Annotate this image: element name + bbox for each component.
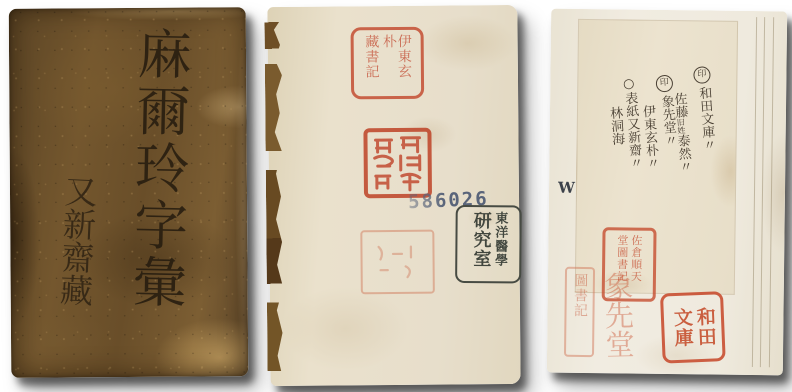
seal-right-column: 伊東玄朴: [381, 34, 411, 92]
stamp-right-column: 東洋醫學: [492, 211, 506, 267]
seal-left-column: 藏書記: [364, 34, 379, 79]
seal-right-column: 和田: [694, 306, 716, 347]
cover-title-calligraphy: 麻爾玲字彙: [113, 25, 189, 311]
circled-in-mark: 印: [693, 66, 711, 84]
circle-mark: ○: [621, 76, 637, 92]
book-cover-photo: 麻爾玲字彙 又新齋藏: [9, 7, 249, 378]
torn-spine-edge: [264, 7, 284, 386]
collector-seal-top: 伊東玄朴 藏書記: [351, 27, 425, 100]
title-page-photo: 伊東玄朴 藏書記 586026 東洋醫學 研究室: [267, 5, 520, 386]
wada-bunko-seal: 和田 文庫: [660, 291, 726, 363]
seal-left-column: 文庫: [671, 307, 693, 348]
faded-seal-outline: [360, 230, 435, 295]
page-edge-line: [752, 17, 757, 367]
seal-script-pattern: [367, 132, 428, 195]
stamp-left-column: 研究室: [470, 211, 489, 268]
owner-inscription: 又新齋藏: [51, 174, 97, 308]
w-mark: W: [558, 179, 575, 197]
faded-tosho-seal: 圖書記: [564, 267, 595, 357]
circled-in-mark: 印: [655, 74, 673, 92]
seal-script-square-seal: [363, 128, 432, 199]
small-gloss: 旧姓: [676, 118, 686, 135]
annotation-hayashi-dokai: 林洞海: [606, 106, 623, 146]
page-edge-line: [769, 17, 774, 367]
research-room-stamp: 東洋醫學 研究室: [455, 205, 522, 284]
shosendo-seal-impression: 象先堂: [602, 271, 634, 359]
flyleaf-photo: W 印和田文庫〃 佐藤旧姓泰然〃 印象先堂〃 伊東玄朴〃 ○表紙又新齋〃 林洞海…: [547, 9, 787, 376]
photo-collage: 麻爾玲字彙 又新齋藏 伊東玄朴 藏書記 586026 東洋醫學: [0, 0, 792, 392]
page-edge-line: [760, 17, 765, 367]
faded-seal-marks: [365, 236, 429, 289]
